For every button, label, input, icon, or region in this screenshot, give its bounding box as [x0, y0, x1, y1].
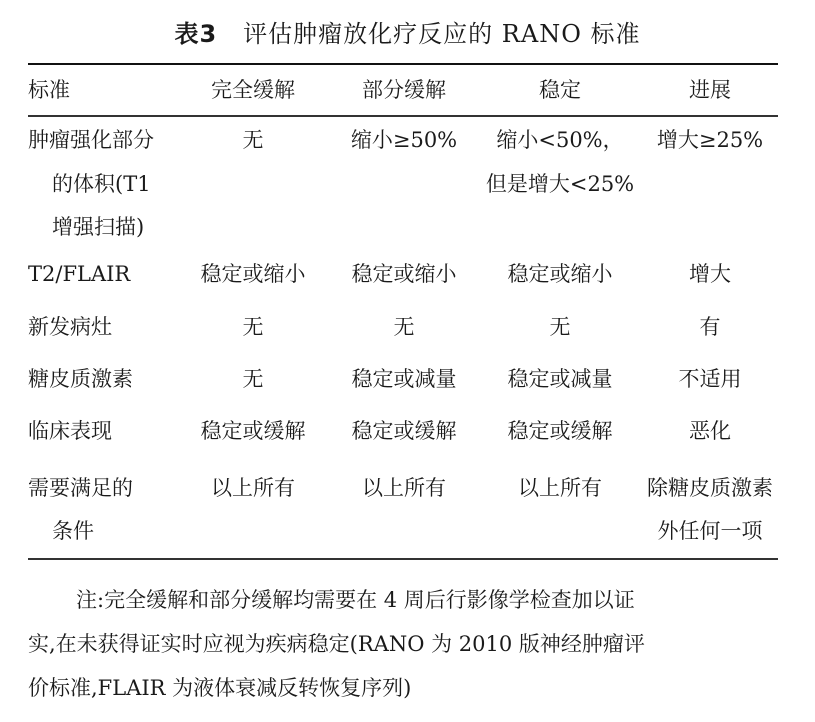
- complete-cell: 稳定或缩小: [201, 252, 306, 296]
- progression-cell: 恶化: [689, 409, 731, 453]
- criterion-cell: 糖皮质激素: [28, 357, 133, 401]
- table-footnote: 注:完全缓解和部分缓解均需要在 4 周后行影像学检查加以证 实,在未获得证实时应…: [28, 578, 788, 710]
- partial-cell: 缩小≥50%: [351, 118, 457, 162]
- footnote-line: 价标准,FLAIR 为液体衰减反转恢复序列): [28, 666, 788, 710]
- complete-cell: 稳定或缓解: [201, 409, 306, 453]
- stable-cell: 缩小<50%，: [496, 118, 623, 162]
- stable-cell: 稳定或减量: [508, 357, 613, 401]
- stable-cell: 稳定或缩小: [508, 252, 613, 296]
- progression-cell: 有: [700, 305, 721, 349]
- header-progression: 进展: [689, 68, 731, 112]
- complete-cell: 以上所有: [211, 466, 295, 510]
- progression-cell: 增大: [689, 252, 731, 296]
- criterion-cell: 肿瘤强化部分: [28, 118, 154, 162]
- stable-cell: 无: [550, 305, 571, 349]
- complete-cell: 无: [243, 118, 264, 162]
- criterion-cell: T2/FLAIR: [28, 252, 130, 296]
- table-number: 表3: [174, 20, 217, 48]
- footnote-line: 注:完全缓解和部分缓解均需要在 4 周后行影像学检查加以证: [28, 578, 788, 622]
- stable-cell: 稳定或缓解: [508, 409, 613, 453]
- progression-cell: 不适用: [679, 357, 742, 401]
- partial-cell: 稳定或减量: [352, 357, 457, 401]
- stable-cell: 但是增大<25%: [486, 162, 634, 206]
- progression-cell: 除糖皮质激素: [647, 466, 773, 510]
- criterion-cell: 临床表现: [28, 409, 112, 453]
- header-rule: [28, 115, 778, 117]
- table-title: 表3评估肿瘤放化疗反应的 RANO 标准: [0, 14, 815, 49]
- table-caption: 评估肿瘤放化疗反应的 RANO 标准: [243, 20, 640, 48]
- progression-cell: 外任何一项: [658, 509, 763, 553]
- criterion-cell: 增强扫描): [52, 205, 144, 249]
- stable-cell: 以上所有: [518, 466, 602, 510]
- partial-cell: 稳定或缩小: [352, 252, 457, 296]
- bottom-rule: [28, 558, 778, 560]
- header-stable: 稳定: [539, 68, 581, 112]
- partial-cell: 无: [394, 305, 415, 349]
- criterion-cell: 的体积(T1: [52, 162, 151, 206]
- partial-cell: 以上所有: [362, 466, 446, 510]
- footnote-line: 实,在未获得证实时应视为疾病稳定(RANO 为 2010 版神经肿瘤评: [28, 622, 788, 666]
- partial-cell: 稳定或缓解: [352, 409, 457, 453]
- header-complete: 完全缓解: [211, 68, 295, 112]
- top-rule: [28, 63, 778, 65]
- header-criterion: 标准: [28, 68, 70, 112]
- header-partial: 部分缓解: [362, 68, 446, 112]
- complete-cell: 无: [243, 357, 264, 401]
- progression-cell: 增大≥25%: [657, 118, 763, 162]
- criterion-cell: 需要满足的: [28, 466, 133, 510]
- criterion-cell: 新发病灶: [28, 305, 112, 349]
- criterion-cell: 条件: [52, 509, 94, 553]
- complete-cell: 无: [243, 305, 264, 349]
